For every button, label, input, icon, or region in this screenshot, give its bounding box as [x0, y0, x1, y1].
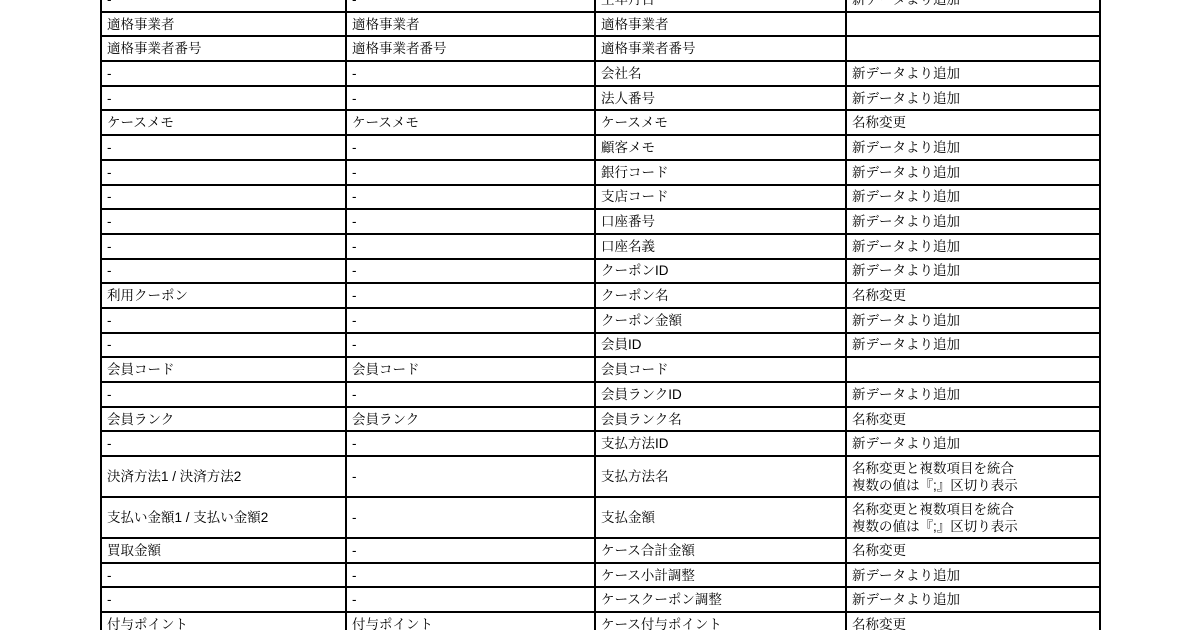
table-cell: - — [101, 382, 346, 407]
table-cell: 会員ランクID — [595, 382, 846, 407]
table-cell: ケース小計調整 — [595, 563, 846, 588]
table-cell: 新データより追加 — [846, 86, 1100, 111]
table-cell: - — [346, 382, 595, 407]
table-cell: 適格事業者番号 — [101, 36, 346, 61]
table-cell: 顧客メモ — [595, 135, 846, 160]
table-cell: 会員ランク — [101, 407, 346, 432]
table-cell: - — [101, 160, 346, 185]
table-row: - - ケース小計調整 新データより追加 — [101, 563, 1100, 588]
table-cell: 新データより追加 — [846, 333, 1100, 358]
table-cell: - — [346, 283, 595, 308]
table-cell: 新データより追加 — [846, 259, 1100, 284]
table-cell: - — [101, 185, 346, 210]
table-cell: 会員ランク — [346, 407, 595, 432]
table-cell: 新データより追加 — [846, 431, 1100, 456]
table-row: - - 会員ID 新データより追加 — [101, 333, 1100, 358]
table-cell: 会員ID — [595, 333, 846, 358]
table-cell: 新データより追加 — [846, 382, 1100, 407]
table-cell: ケース付与ポイント — [595, 612, 846, 630]
table-cell: 適格事業者 — [346, 12, 595, 37]
table-cell: 新データより追加 — [846, 308, 1100, 333]
table-cell: 新データより追加 — [846, 587, 1100, 612]
table-cell: 新データより追加 — [846, 234, 1100, 259]
table-row: 利用クーポン - クーポン名 名称変更 — [101, 283, 1100, 308]
table-cell: 新データより追加 — [846, 160, 1100, 185]
table-cell: - — [346, 538, 595, 563]
table-row: 会員コード 会員コード 会員コード — [101, 357, 1100, 382]
table-row: 決済方法1 / 決済方法2 - 支払方法名 名称変更と複数項目を統合 複数の値は… — [101, 456, 1100, 497]
table-cell: 支払い金額1 / 支払い金額2 — [101, 497, 346, 538]
page-viewport: - - 生年月日 新データより追加 適格事業者 適格事業者 適格事業者 適格事業… — [0, 0, 1200, 630]
table-cell: 決済方法1 / 決済方法2 — [101, 456, 346, 497]
table-cell: - — [101, 209, 346, 234]
table-cell: - — [101, 0, 346, 12]
table-cell: 名称変更 — [846, 612, 1100, 630]
table-row: - - 会員ランクID 新データより追加 — [101, 382, 1100, 407]
table-cell: 支払方法名 — [595, 456, 846, 497]
table-cell: - — [101, 61, 346, 86]
table-cell — [846, 12, 1100, 37]
table-row: - - クーポン金額 新データより追加 — [101, 308, 1100, 333]
table-cell: ケースクーポン調整 — [595, 587, 846, 612]
table-cell: クーポン金額 — [595, 308, 846, 333]
field-mapping-table-body: - - 生年月日 新データより追加 適格事業者 適格事業者 適格事業者 適格事業… — [101, 0, 1100, 630]
table-cell: - — [346, 431, 595, 456]
table-cell: 適格事業者番号 — [595, 36, 846, 61]
table-cell: 名称変更と複数項目を統合 複数の値は『;』区切り表示 — [846, 497, 1100, 538]
table-cell: - — [346, 185, 595, 210]
table-cell: - — [346, 308, 595, 333]
table-cell: - — [101, 308, 346, 333]
table-cell: - — [346, 456, 595, 497]
table-cell: 新データより追加 — [846, 563, 1100, 588]
table-cell: 付与ポイント — [346, 612, 595, 630]
table-row: - - 支払方法ID 新データより追加 — [101, 431, 1100, 456]
table-cell: - — [101, 431, 346, 456]
table-row: - - 法人番号 新データより追加 — [101, 86, 1100, 111]
table-cell: ケース合計金額 — [595, 538, 846, 563]
table-row: - - 支店コード 新データより追加 — [101, 185, 1100, 210]
table-row: - - クーポンID 新データより追加 — [101, 259, 1100, 284]
table-cell: - — [346, 61, 595, 86]
table-row: 会員ランク 会員ランク 会員ランク名 名称変更 — [101, 407, 1100, 432]
table-cell: 付与ポイント — [101, 612, 346, 630]
table-cell: 支払金額 — [595, 497, 846, 538]
table-cell: 生年月日 — [595, 0, 846, 12]
table-row: - - 口座名義 新データより追加 — [101, 234, 1100, 259]
table-row: - - 銀行コード 新データより追加 — [101, 160, 1100, 185]
table-cell: 支店コード — [595, 185, 846, 210]
table-cell: 口座名義 — [595, 234, 846, 259]
table-row: 適格事業者 適格事業者 適格事業者 — [101, 12, 1100, 37]
table-cell: 買取金額 — [101, 538, 346, 563]
table-cell: - — [101, 86, 346, 111]
table-cell: - — [101, 135, 346, 160]
table-cell: 名称変更 — [846, 110, 1100, 135]
table-cell: 利用クーポン — [101, 283, 346, 308]
table-row: - - 会社名 新データより追加 — [101, 61, 1100, 86]
table-cell: 会員コード — [346, 357, 595, 382]
table-cell: 新データより追加 — [846, 135, 1100, 160]
table-cell: 法人番号 — [595, 86, 846, 111]
table-cell: 名称変更と複数項目を統合 複数の値は『;』区切り表示 — [846, 456, 1100, 497]
table-row: ケースメモ ケースメモ ケースメモ 名称変更 — [101, 110, 1100, 135]
table-cell: - — [101, 333, 346, 358]
table-cell: - — [101, 587, 346, 612]
table-cell: - — [346, 135, 595, 160]
table-row: - - 顧客メモ 新データより追加 — [101, 135, 1100, 160]
table-cell: クーポン名 — [595, 283, 846, 308]
table-cell: - — [346, 587, 595, 612]
table-row: 支払い金額1 / 支払い金額2 - 支払金額 名称変更と複数項目を統合 複数の値… — [101, 497, 1100, 538]
table-cell: - — [346, 160, 595, 185]
table-cell: ケースメモ — [101, 110, 346, 135]
table-cell: - — [346, 333, 595, 358]
table-cell: 口座番号 — [595, 209, 846, 234]
table-cell: 名称変更 — [846, 283, 1100, 308]
table-cell: - — [346, 497, 595, 538]
table-cell: - — [346, 86, 595, 111]
table-cell: - — [101, 259, 346, 284]
table-cell: 新データより追加 — [846, 0, 1100, 12]
table-cell: 支払方法ID — [595, 431, 846, 456]
table-cell: 適格事業者 — [595, 12, 846, 37]
table-cell: - — [346, 0, 595, 12]
table-cell: 新データより追加 — [846, 185, 1100, 210]
table-row: 付与ポイント 付与ポイント ケース付与ポイント 名称変更 — [101, 612, 1100, 630]
table-cell: - — [346, 209, 595, 234]
table-cell: 名称変更 — [846, 538, 1100, 563]
table-cell — [846, 36, 1100, 61]
table-cell — [846, 357, 1100, 382]
table-cell: 銀行コード — [595, 160, 846, 185]
table-row: 買取金額 - ケース合計金額 名称変更 — [101, 538, 1100, 563]
table-row: - - 生年月日 新データより追加 — [101, 0, 1100, 12]
table-row: - - ケースクーポン調整 新データより追加 — [101, 587, 1100, 612]
table-cell: 会員ランク名 — [595, 407, 846, 432]
table-cell: - — [346, 259, 595, 284]
table-cell: ケースメモ — [595, 110, 846, 135]
table-cell: - — [346, 234, 595, 259]
table-cell: 会員コード — [595, 357, 846, 382]
table-cell: 会員コード — [101, 357, 346, 382]
table-cell: 新データより追加 — [846, 61, 1100, 86]
table-cell: 適格事業者番号 — [346, 36, 595, 61]
field-mapping-table: - - 生年月日 新データより追加 適格事業者 適格事業者 適格事業者 適格事業… — [100, 0, 1101, 630]
table-cell: - — [101, 563, 346, 588]
table-row: - - 口座番号 新データより追加 — [101, 209, 1100, 234]
field-mapping-table-container: - - 生年月日 新データより追加 適格事業者 適格事業者 適格事業者 適格事業… — [100, 0, 1099, 630]
table-row: 適格事業者番号 適格事業者番号 適格事業者番号 — [101, 36, 1100, 61]
table-cell: - — [346, 563, 595, 588]
table-cell: 会社名 — [595, 61, 846, 86]
table-cell: 新データより追加 — [846, 209, 1100, 234]
table-cell: クーポンID — [595, 259, 846, 284]
table-cell: - — [101, 234, 346, 259]
table-cell: 名称変更 — [846, 407, 1100, 432]
table-cell: 適格事業者 — [101, 12, 346, 37]
table-cell: ケースメモ — [346, 110, 595, 135]
